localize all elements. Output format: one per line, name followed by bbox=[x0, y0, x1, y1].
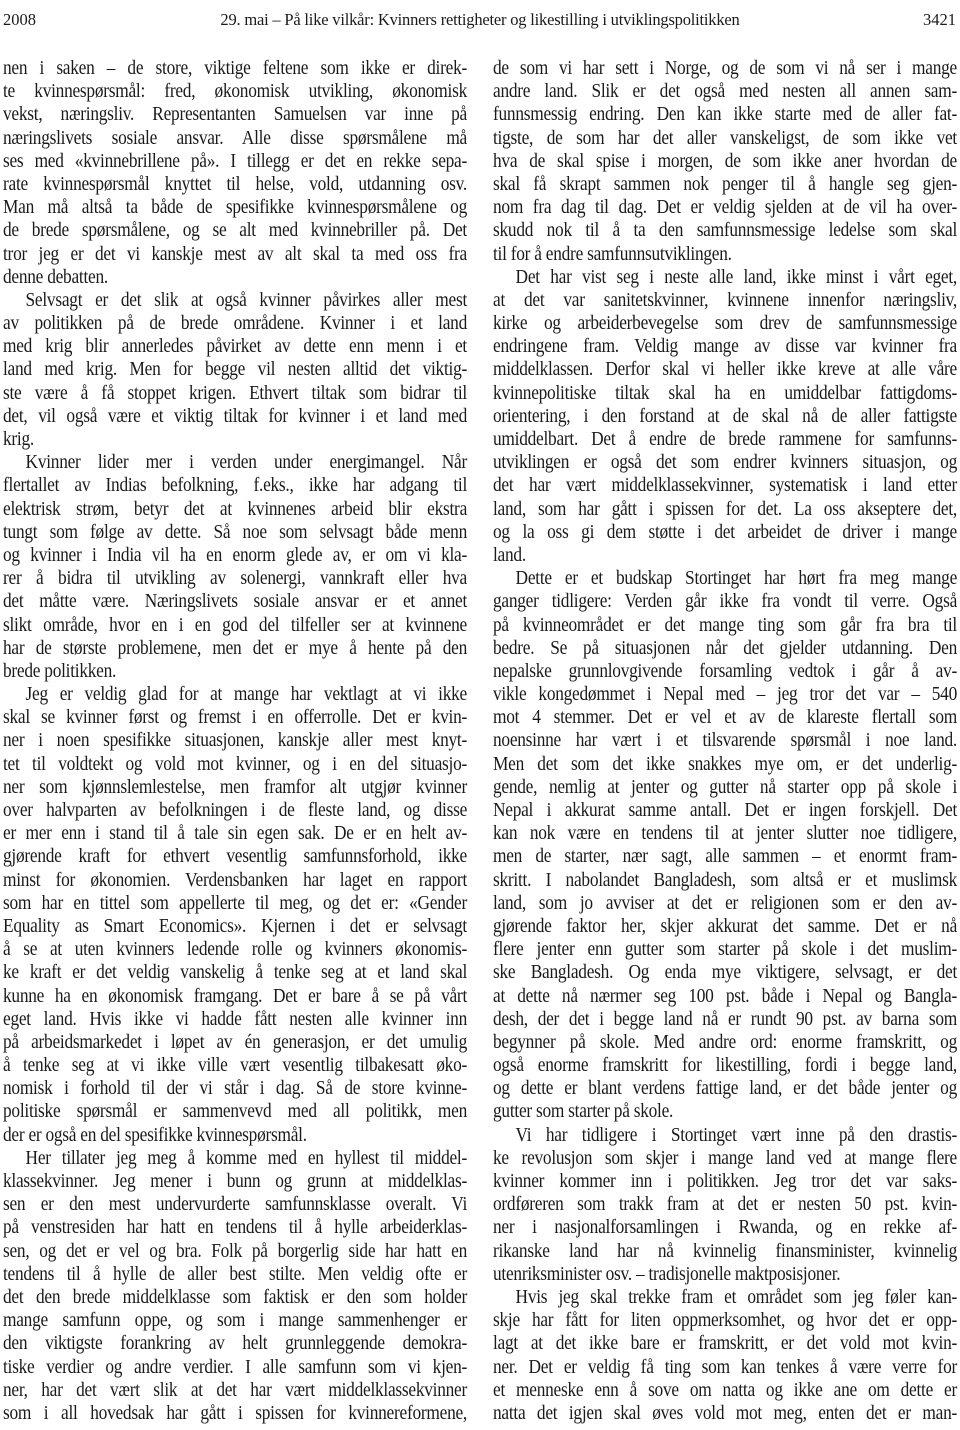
text-line: det har vært middelklassekvinner, system… bbox=[493, 474, 957, 497]
text-line: tigste, de som har det aller vanskeligst… bbox=[493, 127, 957, 150]
text-line: har de største problemene, men det er my… bbox=[3, 637, 467, 660]
text-line: til for å endre samfunnsutviklingen. bbox=[493, 243, 957, 266]
text-line: ner som kjønnslemlestelse, men framfor a… bbox=[3, 776, 467, 799]
paragraph: Her tillater jeg meg å komme med en hyll… bbox=[3, 1147, 467, 1425]
text-line: at dette nå nærmer seg 100 pst. både i N… bbox=[493, 985, 957, 1008]
text-line: og la oss gi dem støtte i det arbeidet d… bbox=[493, 521, 957, 544]
text-line: Hvis jeg skal trekke fram et området som… bbox=[493, 1286, 957, 1309]
text-line: flertallet av Indias befolkning, f.eks.,… bbox=[3, 474, 467, 497]
text-line: det, vil også være et viktig tiltak for … bbox=[3, 405, 467, 428]
paragraph: Dette er et budskap Stortinget har hørt … bbox=[493, 567, 957, 1124]
text-line: gjørende faktor her, skjer akkurat det s… bbox=[493, 915, 957, 938]
text-line: ke revolusjon som skjer i mange land ved… bbox=[493, 1147, 957, 1170]
text-line: utviklingen er også det som endrer kvinn… bbox=[493, 451, 957, 474]
text-line: te kvinnespørsmål: fred, økonomisk utvik… bbox=[3, 80, 467, 103]
text-line: Dette er et budskap Stortinget har hørt … bbox=[493, 567, 957, 590]
text-line: mot 4 stemmer. Det er vel et av de klare… bbox=[493, 706, 957, 729]
text-line: ke kraft er det veldig vanskelig å tenke… bbox=[3, 961, 467, 984]
paragraph: de som vi har sett i Norge, og de som vi… bbox=[493, 57, 957, 266]
text-line: tiske verdier og andre verdier. I alle s… bbox=[3, 1356, 467, 1379]
text-line: nom fra dag til dag. Det er veldig sjeld… bbox=[493, 196, 957, 219]
text-line: der er også en del spesifikke kvinnespør… bbox=[3, 1124, 467, 1147]
text-line: desh, der det i begge land nå er rundt 9… bbox=[493, 1008, 957, 1031]
text-line: Equality as Smart Economics». Kjernen i … bbox=[3, 915, 467, 938]
text-line: kirke og arbeiderbevegelse som drev de s… bbox=[493, 312, 957, 335]
text-line: også enorme framskritt for likestilling,… bbox=[493, 1054, 957, 1077]
text-line: slikt område, hvor en i en god del tilfe… bbox=[3, 614, 467, 637]
text-line: ner. Det er veldig få ting som kan tenke… bbox=[493, 1356, 957, 1379]
text-line: ner i noen spesifikke situasjonen, kansk… bbox=[3, 729, 467, 752]
text-line: natta det igjen skal øves vold mot meg, … bbox=[493, 1402, 957, 1425]
text-line: skal få skrapt sammen nok penger til å h… bbox=[493, 173, 957, 196]
page-number: 3421 bbox=[923, 10, 956, 29]
text-line: nen i saken – de store, viktige feltene … bbox=[3, 57, 467, 80]
text-line: Det har vist seg i neste alle land, ikke… bbox=[493, 266, 957, 289]
text-line: ske Bangladesh. Og enda mye viktigere, s… bbox=[493, 961, 957, 984]
text-line: land, som har gått i spissen for det. La… bbox=[493, 498, 957, 521]
text-line: vekst, næringsliv. Representanten Samuel… bbox=[3, 103, 467, 126]
text-line: den viktigste forankring av helt grunnle… bbox=[3, 1332, 467, 1355]
text-line: på arbeidsmarkedet i løpet av én generas… bbox=[3, 1031, 467, 1054]
text-line: Kvinner lider mer i verden under energim… bbox=[3, 451, 467, 474]
text-line: på venstresiden har hatt en tendens til … bbox=[3, 1216, 467, 1239]
text-line: å tenke seg at vi ikke ville vært vesent… bbox=[3, 1054, 467, 1077]
text-line: endringene fram. Veldig mange av disse v… bbox=[493, 335, 957, 358]
text-line: minst for økonomien. Verdensbanken har l… bbox=[3, 869, 467, 892]
text-line: over halvparten av befolkningen i de fle… bbox=[3, 799, 467, 822]
text-line: kunne ha en økonomisk framgang. Det er b… bbox=[3, 985, 467, 1008]
text-line: de brede spørsmålene, og se alt med kvin… bbox=[3, 219, 467, 242]
text-line: utenriksminister osv. – tradisjonelle ma… bbox=[493, 1263, 957, 1286]
paragraph: Vi har tidligere i Stortinget vært inne … bbox=[493, 1124, 957, 1286]
text-line: elektrisk strøm, betyr det at kvinnenes … bbox=[3, 498, 467, 521]
text-line: ordføreren som trakk fram at det er nest… bbox=[493, 1193, 957, 1216]
text-line: Her tillater jeg meg å komme med en hyll… bbox=[3, 1147, 467, 1170]
text-line: et menneske enn å sove om natta og ikke … bbox=[493, 1379, 957, 1402]
text-line: land, som jo avviser at det er religione… bbox=[493, 892, 957, 915]
text-line: med krig blir annerledes påvirket av det… bbox=[3, 335, 467, 358]
text-line: lagt at det ikke bare er framskritt, er … bbox=[493, 1332, 957, 1355]
text-line: hva de skal spise i morgen, de som ikke … bbox=[493, 150, 957, 173]
text-line: gjørende kraft for ethvert vesentlig sam… bbox=[3, 845, 467, 868]
text-line: skritt. I nabolandet Bangladesh, som alt… bbox=[493, 869, 957, 892]
text-line: eget land. Hvis ikke vi hadde fått neste… bbox=[3, 1008, 467, 1031]
text-line: de som vi har sett i Norge, og de som vi… bbox=[493, 57, 957, 80]
text-line: ses med «kvinnebrillene på». I tillegg e… bbox=[3, 150, 467, 173]
paragraph: Selvsagt er det slik at også kvinner påv… bbox=[3, 289, 467, 451]
text-line: vikle kongedømmet i Nepal med – jeg tror… bbox=[493, 683, 957, 706]
text-line: umiddelbart. Det å endre de brede rammen… bbox=[493, 428, 957, 451]
text-line: nepalske grunnlovgivende forsamling vedt… bbox=[493, 660, 957, 683]
text-line: sen, og det er vel og bra. Folk på borge… bbox=[3, 1240, 467, 1263]
text-line: Man må altså ta både de spesifikke kvinn… bbox=[3, 196, 467, 219]
text-line: rer å bidra til utvikling av solenergi, … bbox=[3, 567, 467, 590]
text-line: bedre. Se på situasjonen når det gjelder… bbox=[493, 637, 957, 660]
text-line: skal se kvinner først og fremst i en off… bbox=[3, 706, 467, 729]
text-line: at det var sanitetskvinner, kvinnene inn… bbox=[493, 289, 957, 312]
text-line: klassekvinner. Jeg mener i bunn og grunn… bbox=[3, 1170, 467, 1193]
text-line: ste være å få stoppet krigen. Ethvert ti… bbox=[3, 382, 467, 405]
text-line: tendens til å hylle de aller best stilte… bbox=[3, 1263, 467, 1286]
text-line: politiske spørsmål er sammenvevd med all… bbox=[3, 1100, 467, 1123]
text-line: Selvsagt er det slik at også kvinner påv… bbox=[3, 289, 467, 312]
text-line: men de starter, nær sagt, alle sammen – … bbox=[493, 845, 957, 868]
text-line: Jeg er veldig glad for at mange har vekt… bbox=[3, 683, 467, 706]
text-line: tet til voldtekt og vold mot kvinner, og… bbox=[3, 753, 467, 776]
text-line: noensinne har vært i et tilsvarende spør… bbox=[493, 729, 957, 752]
text-line: kvinnepolitiske tiltak skal ha en umidde… bbox=[493, 382, 957, 405]
text-line: tungt som følge av dette. Så noe som sel… bbox=[3, 521, 467, 544]
text-line: flere jenter enn gutter som starter på s… bbox=[493, 938, 957, 961]
text-line: ner i nasjonalforsamlingen i Rwanda, og … bbox=[493, 1216, 957, 1239]
text-line: er mer enn i stand til å tale sin egen s… bbox=[3, 822, 467, 845]
paragraph: Hvis jeg skal trekke fram et området som… bbox=[493, 1286, 957, 1425]
text-line: det den brede middelklasse som faktisk e… bbox=[3, 1286, 467, 1309]
text-line: nomisk i forhold til der vi står i dag. … bbox=[3, 1077, 467, 1100]
text-line: rate kvinnespørsmål knyttet til helse, v… bbox=[3, 173, 467, 196]
text-line: og kvinner i India vil ha en enorm glede… bbox=[3, 544, 467, 567]
text-line: denne debatten. bbox=[3, 266, 467, 289]
text-line: gutter som starter på skole. bbox=[493, 1100, 957, 1123]
text-line: funnsmessig endring. Den kan ikke starte… bbox=[493, 103, 957, 126]
page-year: 2008 bbox=[3, 10, 36, 29]
page-header: 2008 29. mai – På like vilkår: Kvinners … bbox=[0, 0, 960, 29]
paragraph: Kvinner lider mer i verden under energim… bbox=[3, 451, 467, 683]
text-line: begynner på skole. Med andre ord: enorme… bbox=[493, 1031, 957, 1054]
text-line: å se at uten kvinners ledende rolle og k… bbox=[3, 938, 467, 961]
text-line: Men det som det ikke snakkes mye om, er … bbox=[493, 753, 957, 776]
page-header-title: 29. mai – På like vilkår: Kvinners retti… bbox=[3, 10, 957, 29]
text-line: mange samfunn oppe, og som i mange samme… bbox=[3, 1309, 467, 1332]
text-line: som i all hovedsak har gått i spissen fo… bbox=[3, 1402, 467, 1425]
text-line: rikanske land har nå kvinnelig finansmin… bbox=[493, 1240, 957, 1263]
text-line: som har en tittel som appellerte til meg… bbox=[3, 892, 467, 915]
text-line: kan nok være en tendens til at jenter sl… bbox=[493, 822, 957, 845]
text-column-right: de som vi har sett i Norge, og de som vi… bbox=[493, 57, 957, 1426]
paragraph: Det har vist seg i neste alle land, ikke… bbox=[493, 266, 957, 567]
text-line: land med krig. Men for begge vil nesten … bbox=[3, 358, 467, 381]
text-column-left: nen i saken – de store, viktige feltene … bbox=[3, 57, 467, 1426]
document-page: 2008 29. mai – På like vilkår: Kvinners … bbox=[0, 0, 960, 1430]
text-line: brede politikken. bbox=[3, 660, 467, 683]
text-line: gende, nemlig at jenter og gutter nå sta… bbox=[493, 776, 957, 799]
text-line: andre land. Slik er det også med nesten … bbox=[493, 80, 957, 103]
paragraph: Jeg er veldig glad for at mange har vekt… bbox=[3, 683, 467, 1147]
text-line: kvinner kommer inn i politikken. Jeg tro… bbox=[493, 1170, 957, 1193]
text-line: land. bbox=[493, 544, 957, 567]
text-line: ner, har det vært slik at det har vært m… bbox=[3, 1379, 467, 1402]
text-line: Nepal i akkurat samme antall. Det er ing… bbox=[493, 799, 957, 822]
text-line: ganger tidligere: Verden går ikke fra vo… bbox=[493, 590, 957, 613]
text-line: tror jeg er det vi kanskje mest av alt s… bbox=[3, 243, 467, 266]
text-line: orientering, i den forstand at de skal n… bbox=[493, 405, 957, 428]
text-line: på kvinneområdet er det mange ting som g… bbox=[493, 614, 957, 637]
text-line: Vi har tidligere i Stortinget vært inne … bbox=[493, 1124, 957, 1147]
text-line: næringslivets sosiale ansvar. Alle disse… bbox=[3, 127, 467, 150]
text-line: og dette er blant verdens fattige land, … bbox=[493, 1077, 957, 1100]
text-line: skje har fått for liten oppmerksomhet, o… bbox=[493, 1309, 957, 1332]
text-line: krig. bbox=[3, 428, 467, 451]
text-line: sen er den mest undervurderte samfunnskl… bbox=[3, 1193, 467, 1216]
text-line: skudd nok til å ta den samfunnsmessige l… bbox=[493, 219, 957, 242]
page-body: nen i saken – de store, viktige feltene … bbox=[0, 57, 960, 1426]
text-line: av politikken på de brede områdene. Kvin… bbox=[3, 312, 467, 335]
text-line: det måtte være. Næringslivets sosiale an… bbox=[3, 590, 467, 613]
paragraph: nen i saken – de store, viktige feltene … bbox=[3, 57, 467, 289]
text-line: middelklassen. Derfor skal vi heller ikk… bbox=[493, 358, 957, 381]
